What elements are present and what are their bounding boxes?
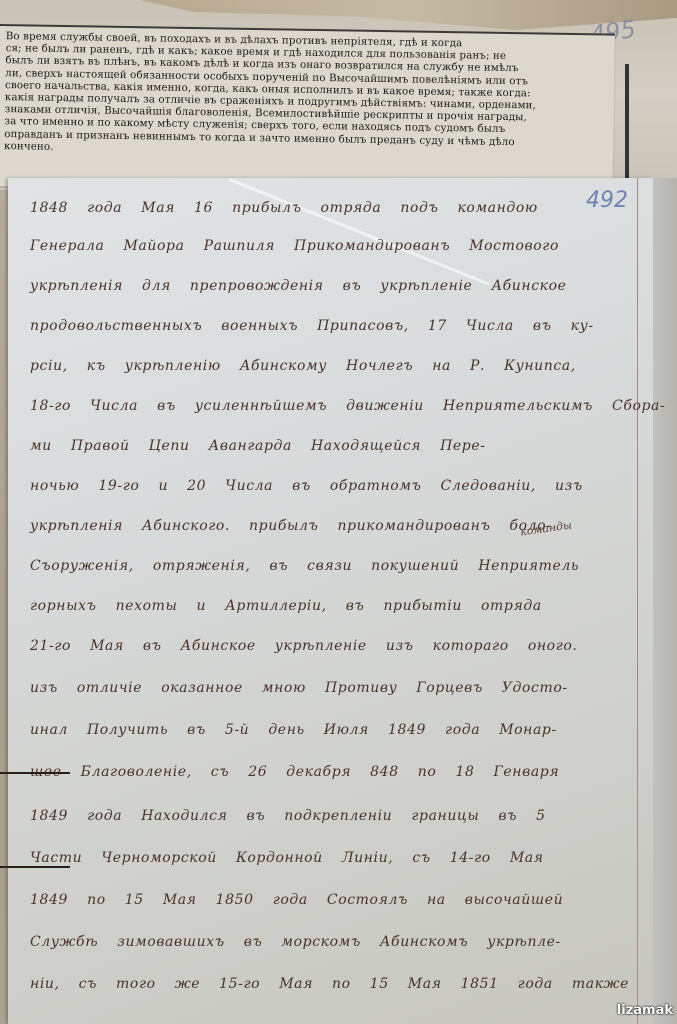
handwritten-line: укрѣпленiя для препровожденiя въ укрѣпле…	[30, 278, 640, 294]
handwritten-line: ночью 19-го и 20 Числа въ обратномъ След…	[30, 478, 640, 494]
binding-thread	[0, 866, 70, 868]
handwritten-line: 1849 по 15 Мая 1850 года Состоялъ на выс…	[30, 892, 640, 908]
handwritten-line: Генерала Майора Рашпиля Прикомандированъ…	[30, 238, 640, 254]
handwritten-line: продовольственныхъ военныхъ Припасовъ, 1…	[30, 318, 640, 334]
watermark: lizamak	[617, 1003, 673, 1018]
right-paper-edge	[653, 178, 677, 1024]
printed-header-text: Во время службы своей, въ походахъ и въ …	[4, 30, 609, 161]
binding-thread	[0, 772, 70, 774]
handwritten-line: изъ отличiе оказанное мною Противу Горце…	[30, 680, 640, 696]
handwritten-line: горныхъ пехоты и Артиллерiи, въ прибытiи…	[30, 598, 640, 614]
printed-form-header: Во время службы своей, въ походахъ и въ …	[0, 24, 615, 196]
handwritten-line: рсiи, къ укрѣпленiю Абинскому Ночлегъ на…	[30, 358, 640, 374]
handwritten-line: нiи, съ того же 15-го Мая по 15 Мая 1851…	[30, 976, 640, 992]
handwritten-line: 1849 года Находился въ подкрепленiи гран…	[30, 808, 640, 824]
handwritten-line: Службѣ зимовавшихъ въ морскомъ Абинскомъ…	[30, 934, 640, 950]
handwritten-line: инал Получить въ 5-й день Июля 1849 года…	[30, 722, 640, 738]
handwritten-line: 21-го Мая въ Абинское укрѣпленiе изъ кот…	[30, 638, 640, 654]
handwritten-line: шее Благоволенiе, съ 26 декабря 848 по 1…	[30, 764, 640, 780]
handwritten-line: Части Черноморской Кордонной Линiи, съ 1…	[30, 850, 640, 866]
handwritten-line: 1848 года Мая 16 прибылъ отряда подъ ком…	[30, 200, 640, 216]
handwritten-line: ми Правой Цепи Авангарда Находящейся Пер…	[30, 438, 640, 454]
handwritten-line: Съоруженiя, отряженiя, въ связи покушени…	[30, 558, 640, 574]
handwritten-line: 18-го Числа въ усиленнѣйшемъ движенiи Не…	[30, 398, 640, 414]
printed-frame-border	[625, 64, 629, 184]
